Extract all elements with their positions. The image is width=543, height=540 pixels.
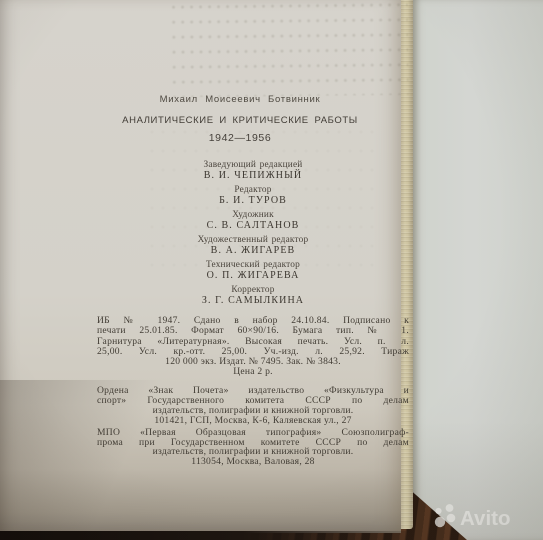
staff-name: З. Г. САМЫЛКИНА	[97, 295, 409, 306]
staff-name: О. П. ЖИГАРЕВА	[97, 270, 409, 281]
staff-role: Художественный редактор	[97, 235, 409, 245]
staff-entry: Заведующий редакцией В. И. ЧЕПИЖНЫЙ	[97, 160, 409, 181]
staff-role: Художник	[97, 210, 409, 220]
table-shadow-band	[0, 531, 406, 540]
avito-logo-icon: Avito	[428, 497, 536, 533]
staff-name: С. В. САЛТАНОВ	[97, 220, 409, 231]
staff-role: Технический редактор	[97, 260, 409, 270]
book-facing-page	[412, 0, 543, 540]
book-photo: Михаил Моисеевич Ботвинник АНАЛИТИЧЕСКИЕ…	[0, 0, 543, 540]
staff-role: Заведующий редакцией	[97, 160, 409, 170]
editorial-staff-list: Заведующий редакцией В. И. ЧЕПИЖНЫЙ Реда…	[97, 160, 409, 310]
book-years: 1942—1956	[84, 133, 396, 144]
imprint-block: ИБ № 1947. Сдано в набор 24.10.84. Подпи…	[97, 316, 409, 378]
show-through-text	[172, 3, 409, 97]
book-title: АНАЛИТИЧЕСКИЕ И КРИТИЧЕСКИЕ РАБОТЫ	[84, 115, 396, 126]
author-name: Михаил Моисеевич Ботвинник	[84, 95, 396, 105]
staff-role: Корректор	[97, 285, 409, 295]
avito-wordmark: Avito	[460, 507, 511, 530]
staff-entry: Художник С. В. САЛТАНОВ	[97, 210, 409, 231]
imprint-price-line: Цена 2 р.	[97, 367, 409, 377]
staff-entry: Художественный редактор В. А. ЖИГАРЕВ	[97, 235, 409, 256]
staff-entry: Редактор Б. И. ТУРОВ	[97, 185, 409, 206]
title-block: Михаил Моисеевич Ботвинник АНАЛИТИЧЕСКИЕ…	[84, 95, 396, 144]
staff-entry: Корректор З. Г. САМЫЛКИНА	[97, 285, 409, 306]
staff-name: В. И. ЧЕПИЖНЫЙ	[97, 170, 409, 181]
staff-name: Б. И. ТУРОВ	[97, 195, 409, 206]
staff-entry: Технический редактор О. П. ЖИГАРЕВА	[97, 260, 409, 281]
staff-name: В. А. ЖИГАРЕВ	[97, 245, 409, 256]
avito-watermark: Avito	[428, 497, 536, 538]
staff-role: Редактор	[97, 185, 409, 195]
page-corner-shadow	[0, 380, 180, 533]
